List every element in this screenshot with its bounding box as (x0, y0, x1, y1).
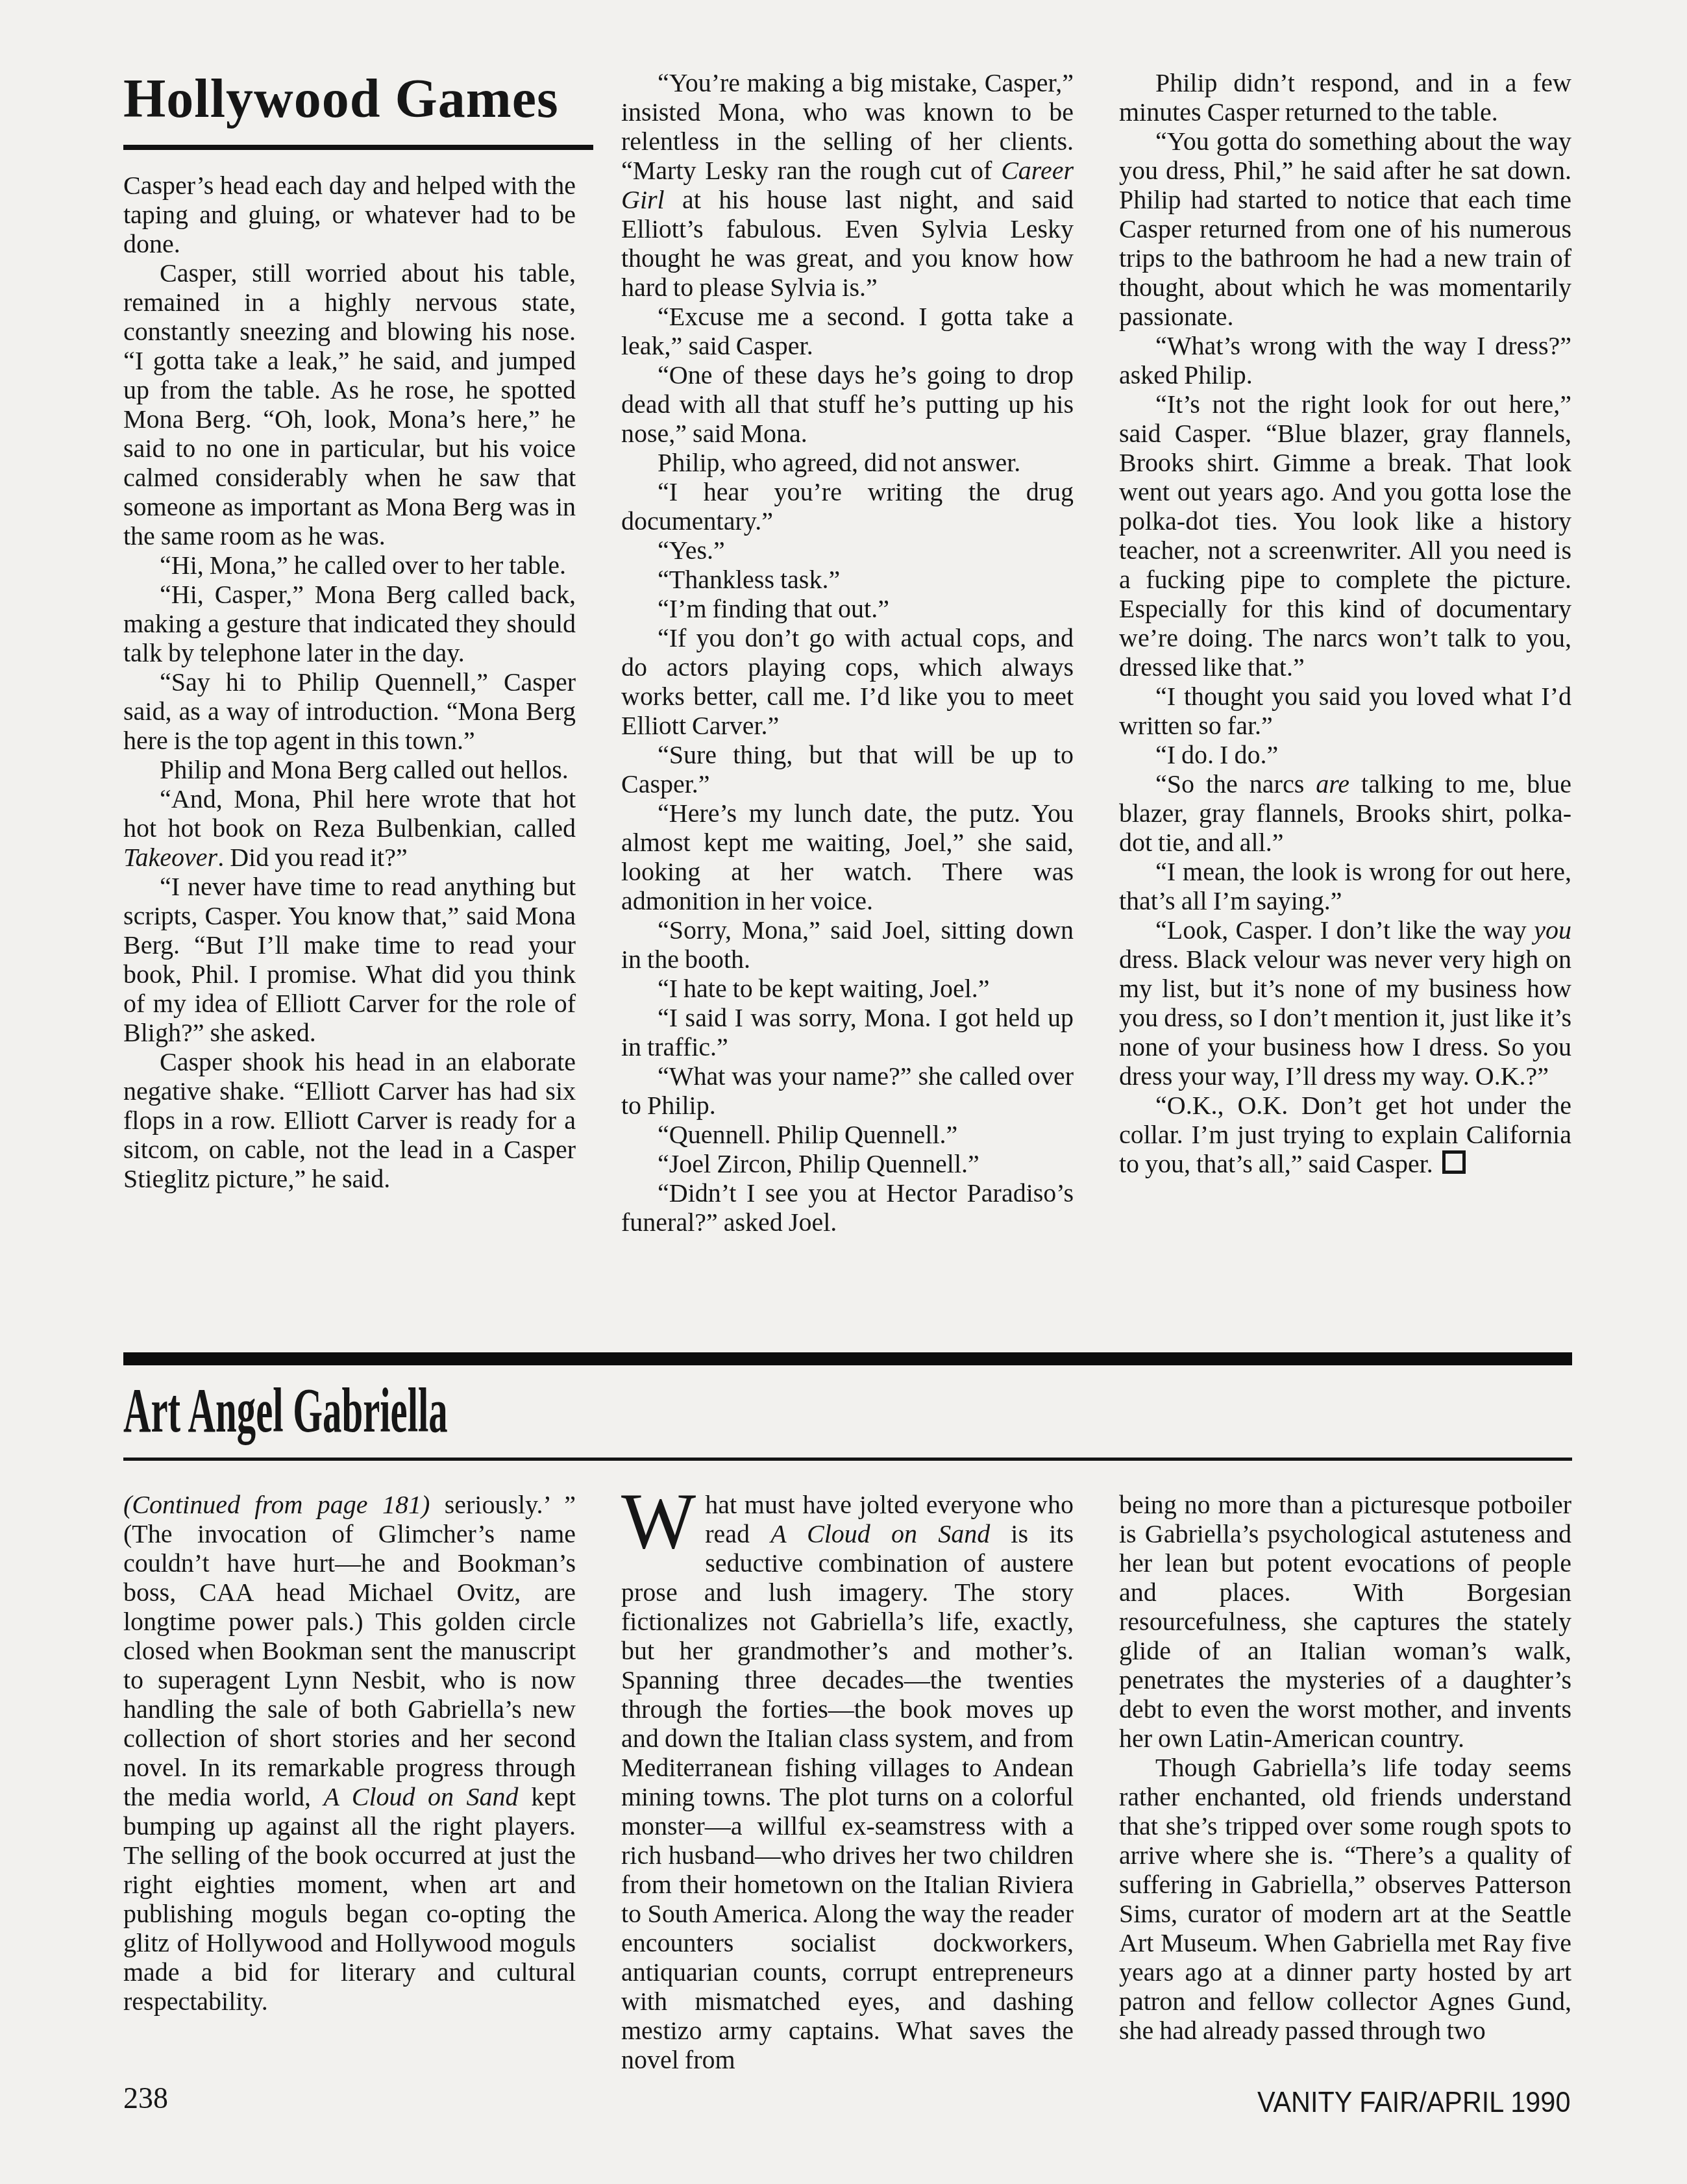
paragraph: “O.K., O.K. Don’t get hot under the coll… (1119, 1091, 1571, 1178)
text-run: dress. Black velour was never very high … (1119, 945, 1571, 1091)
text-run: “I mean, the look is wrong for out here,… (1119, 857, 1571, 915)
paragraph: Casper shook his head in an elaborate ne… (123, 1047, 576, 1193)
magazine-page: { "footer": { "page_number": "238", "mag… (0, 0, 1687, 2184)
text-run: Casper’s head each day and helped with t… (123, 171, 576, 258)
paragraph: What must have jolted everyone who read … (621, 1490, 1074, 2074)
text-run: “Didn’t I see you at Hector Paradiso’s f… (621, 1178, 1074, 1237)
paragraph: “One of these days he’s going to drop de… (621, 360, 1074, 448)
paragraph: “What was your name?” she called over to… (621, 1061, 1074, 1120)
paragraph: “Here’s my lunch date, the putz. You alm… (621, 799, 1074, 915)
text-run: “Sorry, Mona,” said Joel, sitting down i… (621, 915, 1074, 974)
text-run: “If you don’t go with actual cops, and d… (621, 623, 1074, 740)
text-run: “Sure thing, but that will be up to Casp… (621, 740, 1074, 799)
paragraph: “Quennell. Philip Quennell.” (621, 1120, 1074, 1149)
italic-text-run: A Cloud on Sand (770, 1519, 990, 1548)
italic-text-run: (Continued from page 181) (123, 1490, 430, 1519)
text-run: . Did you read it?” (217, 843, 408, 872)
paragraph: “I do. I do.” (1119, 740, 1571, 769)
paragraph: (Continued from page 181) seriously.’ ” … (123, 1490, 576, 2016)
paragraph: “What’s wrong with the way I dress?” ask… (1119, 331, 1571, 390)
text-run: “I never have time to read anything but … (123, 872, 576, 1047)
paragraph: “Yes.” (621, 536, 1074, 565)
paragraph: “Hi, Casper,” Mona Berg called back, mak… (123, 580, 576, 667)
text-run: “Yes.” (658, 536, 725, 565)
paragraph: “Look, Casper. I don’t like the way you … (1119, 915, 1571, 1091)
text-run: “Look, Casper. I don’t like the way (1155, 915, 1534, 945)
paragraph: “I hear you’re writing the drug document… (621, 477, 1074, 536)
text-run: “I thought you said you loved what I’d w… (1119, 682, 1571, 740)
text-run: “I said I was sorry, Mona. I got held up… (621, 1003, 1074, 1061)
paragraph: “Sorry, Mona,” said Joel, sitting down i… (621, 915, 1074, 974)
column-text: Casper’s head each day and helped with t… (123, 171, 576, 1193)
paragraph: “Sure thing, but that will be up to Casp… (621, 740, 1074, 799)
article-hollywood-games: Hollywood Games Casper’s head each day a… (123, 68, 1572, 1237)
text-run: Philip didn’t respond, and in a few minu… (1119, 68, 1571, 127)
text-run: Though Gabriella’s life today seems rath… (1119, 1753, 1571, 2045)
text-run: “What’s wrong with the way I dress?” ask… (1119, 331, 1571, 390)
article1-title-rule (123, 145, 593, 150)
paragraph: Casper, still worried about his table, r… (123, 258, 576, 551)
article1-header: Hollywood Games (123, 68, 576, 150)
paragraph: “I’m finding that out.” (621, 594, 1074, 623)
text-run: “And, Mona, Phil here wrote that hot hot… (123, 784, 576, 843)
paragraph: “So the narcs are talking to me, blue bl… (1119, 769, 1571, 857)
text-run: “Say hi to Philip Quennell,” Casper said… (123, 667, 576, 755)
text-run: at his house last night, and said Elliot… (621, 185, 1074, 302)
text-run: “I hear you’re writing the drug document… (621, 477, 1074, 536)
article1-column-1: Hollywood Games Casper’s head each day a… (123, 68, 576, 1237)
text-run: “I do. I do.” (1155, 740, 1278, 769)
magazine-footer: VANITY FAIR/APRIL 1990 (1257, 2085, 1570, 2119)
thin-divider-rule (123, 1458, 1572, 1461)
italic-text-run: A Cloud on Sand (324, 1782, 519, 1811)
paragraph: “Say hi to Philip Quennell,” Casper said… (123, 667, 576, 755)
paragraph: “It’s not the right look for out here,” … (1119, 390, 1571, 682)
article1-column-2: “You’re making a big mistake, Casper,” i… (621, 68, 1074, 1237)
text-run: “O.K., O.K. Don’t get hot under the coll… (1119, 1091, 1571, 1178)
paragraph: “I mean, the look is wrong for out here,… (1119, 857, 1571, 915)
article2-column-3: being no more than a picturesque potboil… (1119, 1490, 1571, 2074)
thick-divider-rule (123, 1352, 1572, 1365)
text-run: kept bumping up against all the right pl… (123, 1782, 576, 2016)
paragraph: “You gotta do something about the way yo… (1119, 127, 1571, 331)
paragraph: “I never have time to read anything but … (123, 872, 576, 1047)
text-run: “Hi, Mona,” he called over to her table. (160, 551, 566, 580)
text-run: “You gotta do something about the way yo… (1119, 127, 1571, 331)
text-run: Casper shook his head in an elaborate ne… (123, 1047, 576, 1193)
text-run: “Hi, Casper,” Mona Berg called back, mak… (123, 580, 576, 667)
end-of-article-icon (1442, 1150, 1466, 1174)
text-run: is its seductive combination of austere … (621, 1519, 1074, 2074)
paragraph: Philip didn’t respond, and in a few minu… (1119, 68, 1571, 127)
text-run: “Joel Zircon, Philip Quennell.” (658, 1149, 979, 1178)
paragraph: “Excuse me a second. I gotta take a leak… (621, 302, 1074, 360)
paragraph: “You’re making a big mistake, Casper,” i… (621, 68, 1074, 302)
article2-column-2: What must have jolted everyone who read … (621, 1490, 1074, 2074)
section-divider: Art Angel Gabriella (123, 1352, 1572, 1461)
italic-text-run: you (1534, 915, 1571, 945)
article1-column-3: Philip didn’t respond, and in a few minu… (1119, 68, 1571, 1237)
text-run: Philip and Mona Berg called out hellos. (160, 755, 569, 784)
text-run: “Quennell. Philip Quennell.” (658, 1120, 957, 1149)
text-run: “It’s not the right look for out here,” … (1119, 390, 1571, 682)
paragraph: “Joel Zircon, Philip Quennell.” (621, 1149, 1074, 1178)
drop-cap: W (621, 1490, 705, 1551)
paragraph: “Thankless task.” (621, 565, 1074, 594)
text-run: “What was your name?” she called over to… (621, 1061, 1074, 1120)
text-run: “One of these days he’s going to drop de… (621, 360, 1074, 448)
italic-text-run: Takeover (123, 843, 217, 872)
text-run: seriously.’ ” (The invocation of Glimche… (123, 1490, 576, 1811)
text-run: “I’m finding that out.” (658, 594, 889, 623)
text-run: being no more than a picturesque potboil… (1119, 1490, 1571, 1753)
text-run: “Here’s my lunch date, the putz. You alm… (621, 799, 1074, 915)
text-run: “So the narcs (1155, 769, 1316, 799)
paragraph: Though Gabriella’s life today seems rath… (1119, 1753, 1571, 2045)
text-run: Casper, still worried about his table, r… (123, 258, 576, 551)
article-art-angel-gabriella: (Continued from page 181) seriously.’ ” … (123, 1490, 1572, 2074)
article1-title: Hollywood Games (123, 68, 576, 130)
paragraph: “I hate to be kept waiting, Joel.” (621, 974, 1074, 1003)
paragraph: Casper’s head each day and helped with t… (123, 171, 576, 258)
text-run: “Thankless task.” (658, 565, 840, 594)
paragraph: Philip, who agreed, did not answer. (621, 448, 1074, 477)
paragraph: “Didn’t I see you at Hector Paradiso’s f… (621, 1178, 1074, 1237)
article2-column-1: (Continued from page 181) seriously.’ ” … (123, 1490, 576, 2074)
text-run: “Excuse me a second. I gotta take a leak… (621, 302, 1074, 360)
page-number: 238 (123, 2081, 168, 2115)
article2-title: Art Angel Gabriella (123, 1378, 992, 1443)
paragraph: Philip and Mona Berg called out hellos. (123, 755, 576, 784)
paragraph: “Hi, Mona,” he called over to her table. (123, 551, 576, 580)
text-run: “I hate to be kept waiting, Joel.” (658, 974, 990, 1003)
paragraph: “And, Mona, Phil here wrote that hot hot… (123, 784, 576, 872)
paragraph: “If you don’t go with actual cops, and d… (621, 623, 1074, 740)
paragraph: being no more than a picturesque potboil… (1119, 1490, 1571, 1753)
text-run: Philip, who agreed, did not answer. (658, 448, 1020, 477)
paragraph: “I said I was sorry, Mona. I got held up… (621, 1003, 1074, 1061)
paragraph: “I thought you said you loved what I’d w… (1119, 682, 1571, 740)
italic-text-run: are (1316, 769, 1349, 799)
